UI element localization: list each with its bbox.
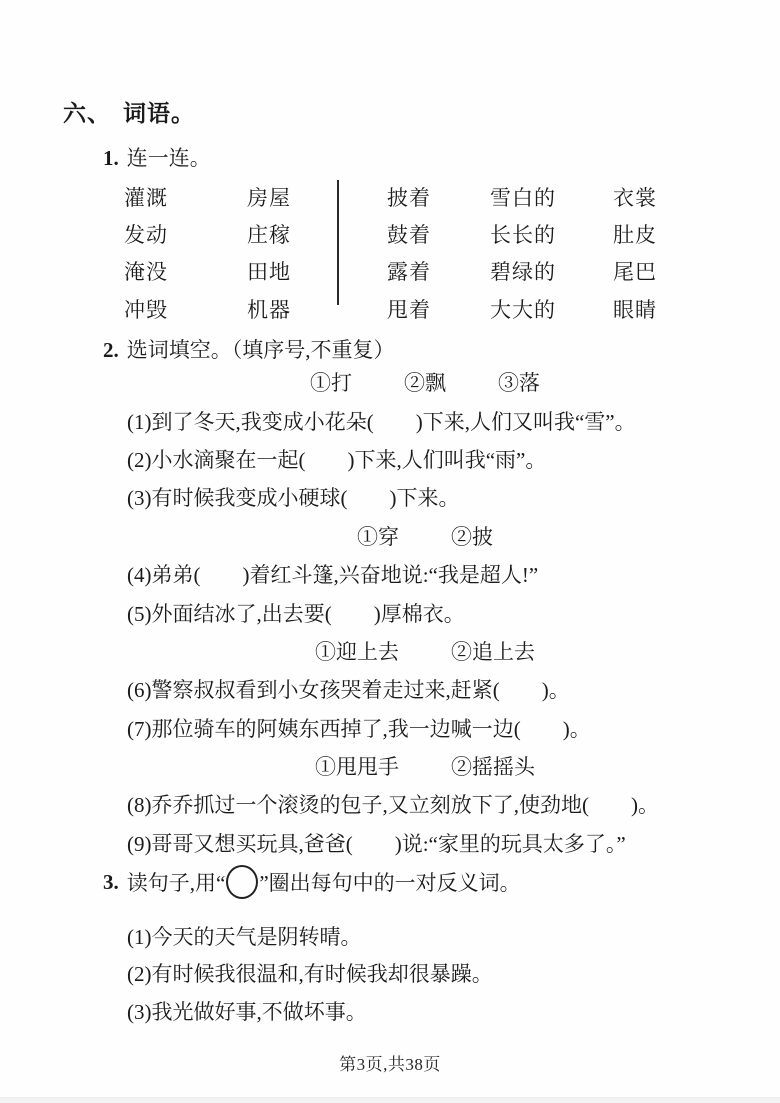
antonym-sentence: (2)有时候我很温和,有时候我却很暴躁。 [127,955,723,993]
fill-blank-sentence: (7)那位骑车的阿姨东西掉了,我一边喊一边( )。 [127,709,723,747]
question3-number: 3. [103,870,119,895]
option-item: ①甩甩手 [315,751,399,781]
question3-body: (1)今天的天气是阴转晴。 (2)有时候我很温和,有时候我却很暴躁。 (3)我光… [127,917,723,1030]
question2-body: ①打 ②飘 ③落 (1)到了冬天,我变成小花朵( )下来,人们又叫我“雪”。 (… [127,363,723,862]
fill-blank-sentence: (8)乔乔抓过一个滚烫的包子,又立刻放下了,使劲地( )。 [127,785,723,823]
circle-shape-icon [226,865,258,899]
match-column-nouns-right: 衣裳 肚皮 尾巴 眼睛 [613,178,657,327]
match-column-nouns-left: 房屋 庄稼 田地 机器 [247,178,291,327]
match-column-adjectives: 雪白的 长长的 碧绿的 大大的 [490,178,556,327]
section-header: 六、词语。 [63,95,195,128]
match-item: 发动 [124,215,168,252]
fill-blank-sentence: (2)小水滴聚在一起( )下来,人们叫我“雨”。 [127,440,723,478]
question2-number: 2. [103,338,119,362]
matching-exercise: 灌溉 发动 淹没 冲毁 房屋 庄稼 田地 机器 披着 鼓着 露着 甩着 雪白的 … [0,178,780,328]
question2-label: 选词填空。（填序号,不重复） [127,338,395,362]
match-item: 灌溉 [124,178,168,215]
option-item: ①打 [310,367,352,397]
match-item: 冲毁 [124,290,168,327]
option-group: ①穿 ②披 [127,517,723,555]
question3-title: 3.读句子,用“”圈出每句中的一对反义词。 [103,856,521,908]
match-column-verbs-left: 灌溉 发动 淹没 冲毁 [124,178,168,327]
option-item: ②摇摇头 [451,751,535,781]
fill-blank-sentence: (1)到了冬天,我变成小花朵( )下来,人们又叫我“雪”。 [127,401,723,439]
match-item: 机器 [247,290,291,327]
antonym-sentence: (1)今天的天气是阴转晴。 [127,917,723,955]
fill-blank-sentence: (3)有时候我变成小硬球( )下来。 [127,478,723,516]
match-item: 大大的 [490,290,556,327]
option-item: ③落 [498,367,540,397]
match-item: 肚皮 [613,215,657,252]
worksheet-page: 六、词语。 1.连一连。 灌溉 发动 淹没 冲毁 房屋 庄稼 田地 机器 披着 … [0,0,780,1103]
question1-label: 连一连。 [127,146,211,170]
option-group: ①甩甩手 ②摇摇头 [127,747,723,785]
match-item: 长长的 [490,215,556,252]
question3-label-after: ”圈出每句中的一对反义词。 [259,867,520,897]
option-group: ①打 ②飘 ③落 [127,363,723,401]
option-item: ①迎上去 [315,636,399,666]
option-group: ①迎上去 ②追上去 [127,632,723,670]
match-item: 碧绿的 [490,253,556,290]
match-item: 淹没 [124,253,168,290]
page-bottom-edge [0,1097,780,1103]
match-item: 尾巴 [613,253,657,290]
section-title: 词语。 [123,101,195,126]
column-divider-line [337,180,339,305]
match-item: 露着 [387,253,431,290]
fill-blank-sentence: (4)弟弟( )着红斗篷,兴奋地说:“我是超人!” [127,555,723,593]
match-item: 田地 [247,253,291,290]
question3-label-before: 读句子,用“ [127,867,226,897]
question2-title: 2.选词填空。（填序号,不重复） [103,334,395,364]
match-item: 披着 [387,178,431,215]
option-item: ②飘 [404,367,446,397]
match-column-verbs-right: 披着 鼓着 露着 甩着 [387,178,431,327]
option-item: ②追上去 [451,636,535,666]
match-item: 衣裳 [613,178,657,215]
page-number-indicator: 第3页,共38页 [0,1050,780,1075]
match-item: 眼睛 [613,290,657,327]
match-item: 庄稼 [247,215,291,252]
match-item: 鼓着 [387,215,431,252]
question1-number: 1. [103,146,119,170]
antonym-sentence: (3)我光做好事,不做坏事。 [127,992,723,1030]
match-item: 房屋 [247,178,291,215]
section-number: 六、 [63,101,111,126]
match-item: 甩着 [387,290,431,327]
match-item: 雪白的 [490,178,556,215]
fill-blank-sentence: (5)外面结冰了,出去要( )厚棉衣。 [127,593,723,631]
question1-title: 1.连一连。 [103,142,211,172]
fill-blank-sentence: (6)警察叔叔看到小女孩哭着走过来,赶紧( )。 [127,670,723,708]
option-item: ②披 [451,521,493,551]
option-item: ①穿 [357,521,399,551]
